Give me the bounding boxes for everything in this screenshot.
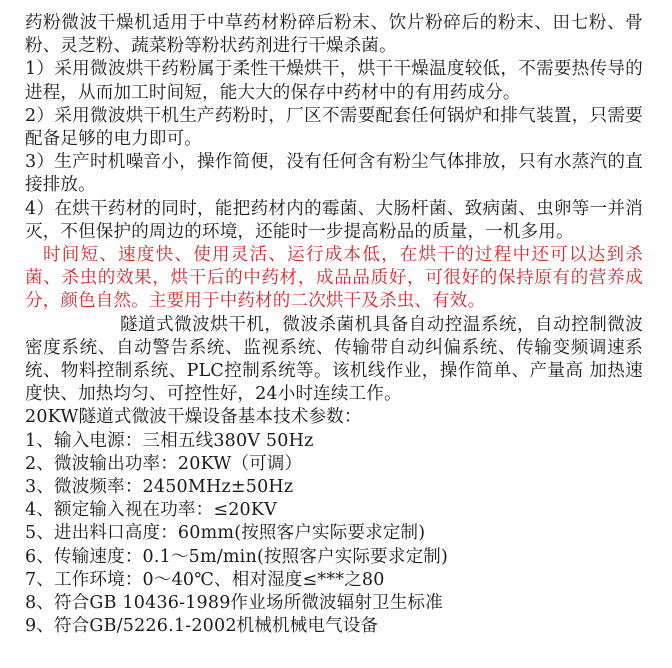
- param-item: 5、进出料口高度：60mm(按照客户实际要求定制): [25, 522, 643, 545]
- param-item: 2、微波输出功率：20KW（可调）: [25, 453, 643, 476]
- params-list: 1、输入电源：三相五线380V 50Hz 2、微波输出功率：20KW（可调） 3…: [25, 430, 643, 639]
- param-item: 7、工作环境：0～40℃、相对湿度≤***之80: [25, 569, 643, 592]
- highlight-paragraph: 时间短、速度快、使用灵活、运行成本低，在烘干的过程中还可以达到杀菌、杀虫的效果，…: [25, 244, 643, 314]
- point-1: 1）采用微波烘干药粉属于柔性干燥烘干，烘干干燥温度较低，不需要热传导的进程，从而…: [25, 58, 643, 104]
- intro-paragraph: 药粉微波干燥机适用于中草药材粉碎后粉末、饮片粉碎后的粉末、田七粉、骨粉、灵芝粉、…: [25, 12, 643, 58]
- params-title: 20KW隧道式微波干燥设备基本技术参数：: [25, 406, 643, 429]
- param-item: 6、传输速度：0.1～5m/min(按照客户实际要求定制): [25, 546, 643, 569]
- param-item: 3、微波频率：2450MHz±50Hz: [25, 476, 643, 499]
- point-3: 3）生产时机噪音小，操作简便，没有任何含有粉尘气体排放，只有水蒸汽的直接排放。: [25, 151, 643, 197]
- param-item: 9、符合GB/5226.1-2002机械机械电气设备: [25, 615, 643, 638]
- tunnel-dryer-paragraph: 隧道式微波烘干机，微波杀菌机具备自动控温系统，自动控制微波密度系统、自动警告系统…: [25, 314, 643, 407]
- param-item: 4、额定输入视在功率：≤20KV: [25, 499, 643, 522]
- param-item: 8、符合GB 10436-1989作业场所微波辐射卫生标准: [25, 592, 643, 615]
- point-2: 2）采用微波烘干机生产药粉时，厂区不需要配套任何锅炉和排气装置，只需要配备足够的…: [25, 105, 643, 151]
- document-body: 药粉微波干燥机适用于中草药材粉碎后粉末、饮片粉碎后的粉末、田七粉、骨粉、灵芝粉、…: [25, 12, 643, 638]
- param-item: 1、输入电源：三相五线380V 50Hz: [25, 430, 643, 453]
- point-4: 4）在烘干药材的同时，能把药材内的霉菌、大肠杆菌、致病菌、虫卵等一并消灭，不但保…: [25, 198, 643, 244]
